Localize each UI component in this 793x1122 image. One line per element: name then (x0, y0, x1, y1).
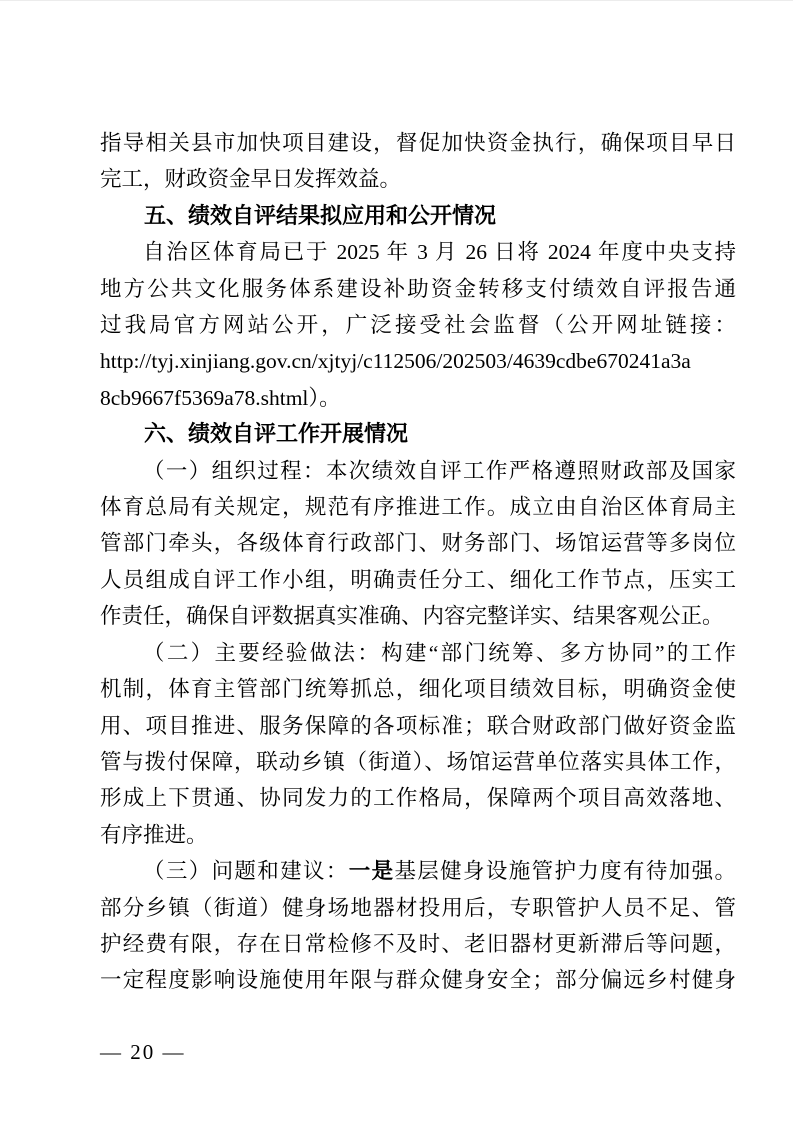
issues-first-point-emphasis: 一是 (349, 859, 395, 883)
text-line: 形成上下贯通、协同发力的工作格局，保障两个项目高效落地、 (100, 780, 736, 816)
paragraph-main-experience: （二）主要经验做法：构建“部门统筹、多方协同”的工作机制，体育主管部门统筹抓总，… (100, 635, 736, 853)
paragraph-issues-and-suggestions: （三）问题和建议：一是基层健身设施管护力度有待加强。 部分乡镇（街道）健身场地器… (100, 853, 736, 999)
text-line: （二）主要经验做法：构建“部门统筹、多方协同”的工作 (100, 635, 736, 671)
text-line: 地方公共文化服务体系建设补助资金转移支付绩效自评报告通 (100, 271, 736, 307)
section-heading-6: 六、绩效自评工作开展情况 (100, 416, 736, 452)
text-line: http://tyj.xinjiang.gov.cn/xjtyj/c112506… (100, 343, 736, 379)
text-line: 有序推进。 (100, 817, 736, 853)
document-page: 指导相关县市加快项目建设，督促加快资金执行，确保项目早日完工，财政资金早日发挥效… (0, 0, 793, 1122)
text-line: （一）组织过程：本次绩效自评工作严格遵照财政部及国家 (100, 453, 736, 489)
issues-first-point-text: 基层健身设施管护力度有待加强。 (394, 859, 736, 883)
page-body: 指导相关县市加快项目建设，督促加快资金执行，确保项目早日完工，财政资金早日发挥效… (100, 125, 736, 999)
text-line: 作责任，确保自评数据真实准确、内容完整详实、结果客观公正。 (100, 598, 736, 634)
text-line: 自治区体育局已于 2025 年 3 月 26 日将 2024 年度中央支持 (100, 234, 736, 270)
text-line: 一定程度影响设施使用年限与群众健身安全；部分偏远乡村健身 (100, 962, 736, 998)
text-line: 用、项目推进、服务保障的各项标准；联合财政部门做好资金监 (100, 708, 736, 744)
paragraph-continued-from-previous-page: 指导相关县市加快项目建设，督促加快资金执行，确保项目早日完工，财政资金早日发挥效… (100, 125, 736, 198)
text-line: 过我局官方网站公开，广泛接受社会监督（公开网址链接： (100, 307, 736, 343)
issues-label: （三）问题和建议： (143, 859, 349, 883)
text-line: 指导相关县市加快项目建设，督促加快资金执行，确保项目早日 (100, 125, 736, 161)
text-line: 机制，体育主管部门统筹抓总，细化项目绩效目标，明确资金使 (100, 671, 736, 707)
text-line: 8cb9667f5369a78.shtml）。 (100, 380, 736, 416)
text-line: 人员组成自评工作小组，明确责任分工、细化工作节点，压实工 (100, 562, 736, 598)
text-line: （三）问题和建议：一是基层健身设施管护力度有待加强。 (100, 853, 736, 889)
text-line: 完工，财政资金早日发挥效益。 (100, 161, 736, 197)
publication-url: http://tyj.xinjiang.gov.cn/xjtyj/c112506… (100, 343, 736, 416)
page-number: — 20 — (100, 1039, 186, 1065)
paragraph-organization-process: （一）组织过程：本次绩效自评工作严格遵照财政部及国家体育总局有关规定，规范有序推… (100, 453, 736, 635)
paragraph-publication: 自治区体育局已于 2025 年 3 月 26 日将 2024 年度中央支持地方公… (100, 234, 736, 343)
text-line: 部分乡镇（街道）健身场地器材投用后，专职管护人员不足、管 (100, 890, 736, 926)
text-line: 管与拨付保障，联动乡镇（街道）、场馆运营单位落实具体工作， (100, 744, 736, 780)
text-line: 护经费有限，存在日常检修不及时、老旧器材更新滞后等问题， (100, 926, 736, 962)
section-heading-5: 五、绩效自评结果拟应用和公开情况 (100, 198, 736, 234)
paragraph-issues-continued: 部分乡镇（街道）健身场地器材投用后，专职管护人员不足、管护经费有限，存在日常检修… (100, 890, 736, 999)
text-line: 体育总局有关规定，规范有序推进工作。成立由自治区体育局主 (100, 489, 736, 525)
text-line: 管部门牵头，各级体育行政部门、财务部门、场馆运营等多岗位 (100, 525, 736, 561)
